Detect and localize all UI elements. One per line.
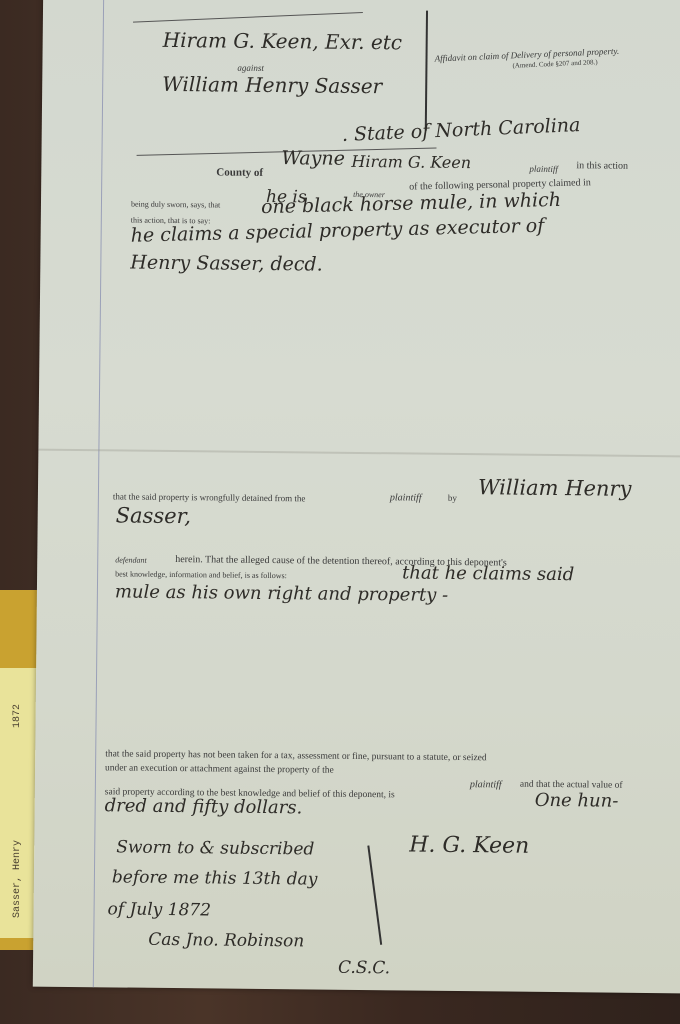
affidavit-document: Hiram G. Keen, Exr. etc against William … [33,0,680,993]
detention-text: that the said property is wrongfully det… [113,491,306,503]
paper-fold [38,449,680,458]
margin-rule [93,0,104,987]
defendant-label: defendant [115,555,147,564]
belief-text: best knowledge, information and belief, … [115,569,287,580]
affiant-signature: H. G. Keen [409,833,529,859]
folder-year: 1872 [12,704,23,728]
detainer-line-2: Sasser, [116,503,192,528]
jurat-line-1: Sworn to & subscribed [116,837,314,859]
in-action-text: in this action [576,160,628,172]
valuation-plaintiff-label: plaintiff [470,779,502,790]
caption-against: against [237,63,264,73]
caption-defendant: William Henry Sasser [162,72,382,98]
cause-line-1: that he claims said [402,562,574,585]
sworn-text: being duly sworn, says, that [131,200,220,210]
plaintiff-label: plaintiff [529,164,558,174]
value-line-2: dred and fifty dollars. [105,795,303,818]
county-label: County of [216,166,263,178]
county-value: Wayne [281,147,345,170]
property-line-3: Henry Sasser, decd. [130,252,323,276]
jurat-brace [367,845,382,944]
detention-plaintiff-label: plaintiff [390,492,422,503]
caption-plaintiff: Hiram G. Keen, Exr. etc [163,28,403,55]
affiant-name: Hiram G. Keen [351,152,471,172]
detainer-line-1: William Henry [478,475,632,501]
folder-name: Sasser, Henry [12,840,23,918]
clerk-title: C.S.C. [338,958,390,979]
form-citation: (Amend. Code §207 and 208.) [512,58,597,70]
cause-line-2: mule as his own right and property - [115,581,449,605]
clerk-signature: Cas Jno. Robinson [148,930,304,952]
caption-top-rule [133,12,363,23]
by-text: by [448,493,457,503]
value-line-1: One hun- [535,790,619,812]
valuation-line-1: that the said property has not been take… [105,749,487,763]
state-value: . State of North Carolina [341,114,580,146]
valuation-line-2: under an execution or attachment against… [105,763,334,775]
jurat-line-2: before me this 13th day [112,867,318,889]
jurat-line-3: of July 1872 [107,899,211,920]
caption-brace [425,11,428,131]
